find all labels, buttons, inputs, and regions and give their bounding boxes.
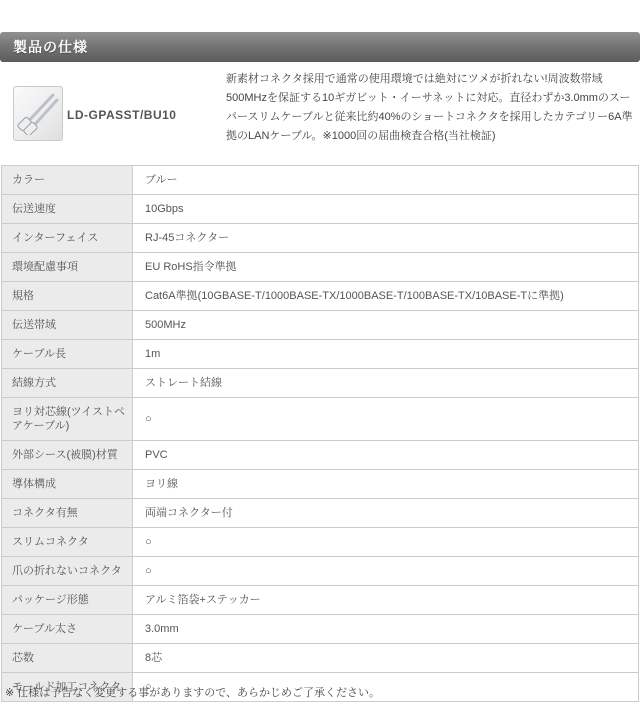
spec-label: 規格 [2,282,133,311]
spec-label: ケーブル長 [2,340,133,369]
table-row: 外部シース(被膜)材質 PVC [2,441,639,470]
table-row: カラー ブルー [2,166,639,195]
table-row: ヨリ対芯線(ツイストペアケーブル) ○ [2,398,639,441]
spec-value: PVC [133,441,639,470]
product-spec-page: 製品の仕様 LD-GPASST/BU10 新素材コネクタ採用で通常の使用環境では… [0,0,640,705]
spec-label: 伝送帯域 [2,311,133,340]
table-row: インターフェイス RJ-45コネクター [2,224,639,253]
spec-value: ヨリ線 [133,470,639,499]
table-row: パッケージ形態 アルミ箔袋+ステッカー [2,586,639,615]
table-row: 環境配慮事項 EU RoHS指令準拠 [2,253,639,282]
spec-label: スリムコネクタ [2,528,133,557]
table-row: 爪の折れないコネクタ ○ [2,557,639,586]
section-header: 製品の仕様 [0,32,640,62]
spec-value: 8芯 [133,644,639,673]
spec-value: 1m [133,340,639,369]
spec-value: 3.0mm [133,615,639,644]
spec-value: ブルー [133,166,639,195]
spec-label: 導体構成 [2,470,133,499]
spec-value: 両端コネクター付 [133,499,639,528]
spec-label: インターフェイス [2,224,133,253]
spec-label: コネクタ有無 [2,499,133,528]
spec-table: カラー ブルー 伝送速度 10Gbps インターフェイス RJ-45コネクター … [1,165,639,702]
spec-value: アルミ箔袋+ステッカー [133,586,639,615]
table-row: 伝送速度 10Gbps [2,195,639,224]
spec-label: 芯数 [2,644,133,673]
spec-label: 伝送速度 [2,195,133,224]
spec-table-body: カラー ブルー 伝送速度 10Gbps インターフェイス RJ-45コネクター … [2,166,639,702]
spec-value: ○ [133,528,639,557]
table-row: 芯数 8芯 [2,644,639,673]
spec-value: ○ [133,557,639,586]
spec-value: EU RoHS指令準拠 [133,253,639,282]
spec-value: 500MHz [133,311,639,340]
spec-value: 10Gbps [133,195,639,224]
spec-label: 爪の折れないコネクタ [2,557,133,586]
spec-value: ストレート結線 [133,369,639,398]
table-row: ケーブル長 1m [2,340,639,369]
disclaimer-note: ※ 仕様は予告なく変更する事がありますので、あらかじめご了承ください。 [5,684,380,700]
table-row: スリムコネクタ ○ [2,528,639,557]
spec-label: 結線方式 [2,369,133,398]
spec-label: ケーブル太さ [2,615,133,644]
section-title: 製品の仕様 [13,37,88,57]
spec-label: 外部シース(被膜)材質 [2,441,133,470]
table-row: 伝送帯域 500MHz [2,311,639,340]
lan-cable-icon [16,87,60,140]
spec-value: ○ [133,398,639,441]
spec-value: Cat6A準拠(10GBASE-T/1000BASE-TX/1000BASE-T… [133,282,639,311]
product-summary: LD-GPASST/BU10 新素材コネクタ採用で通常の使用環境では絶対にツメが… [0,62,640,165]
spec-value: RJ-45コネクター [133,224,639,253]
table-row: 規格 Cat6A準拠(10GBASE-T/1000BASE-TX/1000BAS… [2,282,639,311]
product-thumbnail[interactable] [13,86,63,141]
spec-label: パッケージ形態 [2,586,133,615]
product-description: 新素材コネクタ採用で通常の使用環境では絶対にツメが折れない!周波数帯域500MH… [226,70,636,146]
table-row: 導体構成 ヨリ線 [2,470,639,499]
spec-label: カラー [2,166,133,195]
table-row: コネクタ有無 両端コネクター付 [2,499,639,528]
table-row: 結線方式 ストレート結線 [2,369,639,398]
table-row: ケーブル太さ 3.0mm [2,615,639,644]
spec-label: 環境配慮事項 [2,253,133,282]
spec-label: ヨリ対芯線(ツイストペアケーブル) [2,398,133,441]
product-name: LD-GPASST/BU10 [67,108,176,122]
